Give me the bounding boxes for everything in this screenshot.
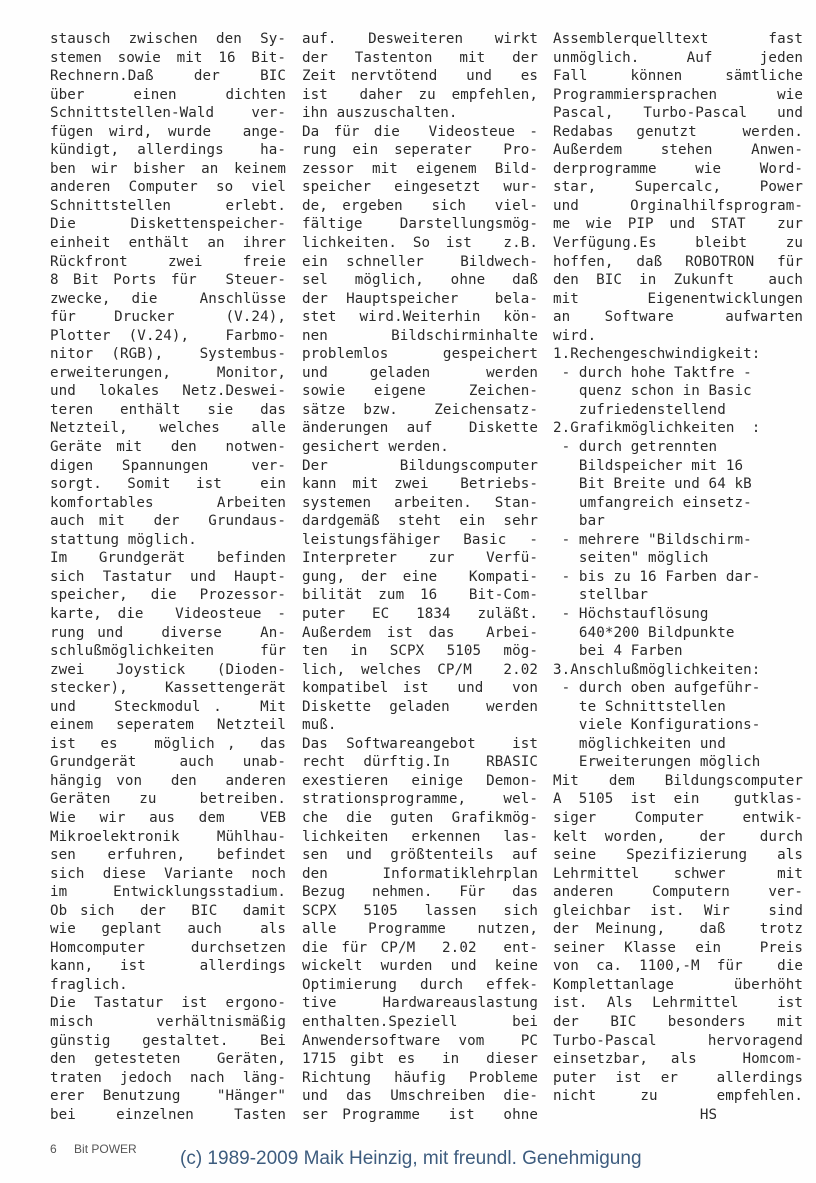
text-line: Geräte mit den notwen- xyxy=(50,438,286,457)
text-line: auch mit der Grundaus- xyxy=(50,512,286,531)
text-line: Verfügung.Es bleibt zu xyxy=(553,234,803,253)
text-line: Im Grundgerät befinden xyxy=(50,549,286,568)
text-line: der Meinung, daß trotz xyxy=(553,920,803,939)
text-line: Interpreter zur Verfü- xyxy=(302,549,538,568)
text-line: Geräten zu betreiben. xyxy=(50,790,286,809)
text-line: unmöglich. Auf jeden xyxy=(553,49,803,68)
text-line: Der Bildungscomputer xyxy=(302,457,538,476)
text-line: zufriedenstellend xyxy=(553,401,803,420)
text-line: 3.Anschlußmöglichkeiten: xyxy=(553,661,803,680)
text-line: Mit dem Bildungscomputer xyxy=(553,772,803,791)
text-line: ser Programme ist ohne xyxy=(302,1106,538,1125)
text-line: fraglich. xyxy=(50,976,286,995)
text-line: und das Umschreiben die- xyxy=(302,1087,538,1106)
text-line: misch verhältnismäßig xyxy=(50,1013,286,1032)
text-line: - bis zu 16 Farben dar- xyxy=(553,568,803,587)
text-line: recht dürftig.In RBASIC xyxy=(302,753,538,772)
text-line: derprogramme wie Word- xyxy=(553,160,803,179)
magazine-name: Bit POWER xyxy=(74,1142,137,1156)
text-line: an Software aufwarten xyxy=(553,308,803,327)
text-line: 640*200 Bildpunkte xyxy=(553,624,803,643)
text-line: ihn auszuschalten. xyxy=(302,104,538,123)
text-line: komfortables Arbeiten xyxy=(50,494,286,513)
text-line: Assemblerquelltext fast xyxy=(553,30,803,49)
text-line: einem seperatem Netzteil xyxy=(50,716,286,735)
text-line: seiner Klasse ein Preis xyxy=(553,939,803,958)
text-line: Fall können sämtliche xyxy=(553,67,803,86)
text-line: wie geplant auch als xyxy=(50,920,286,939)
text-line: einsetzbar, als Homcom- xyxy=(553,1050,803,1069)
text-line: puter ist er allerdings xyxy=(553,1069,803,1088)
text-line: speicher eingesetzt wur- xyxy=(302,178,538,197)
text-line: Außerdem ist das Arbei- xyxy=(302,624,538,643)
text-line: ist daher zu empfehlen, xyxy=(302,86,538,105)
text-line: leistungsfähiger Basic - xyxy=(302,531,538,550)
text-line: erweiterungen, Monitor, xyxy=(50,364,286,383)
text-line: SCPX 5105 lassen sich xyxy=(302,902,538,921)
text-line: sich Tastatur und Haupt- xyxy=(50,568,286,587)
text-line: 1715 gibt es in dieser xyxy=(302,1050,538,1069)
text-line: ten in SCPX 5105 mög- xyxy=(302,642,538,661)
text-line: enthalten.Speziell bei xyxy=(302,1013,538,1032)
text-line: lich, welches CP/M 2.02 xyxy=(302,661,538,680)
text-line: und geladen werden xyxy=(302,364,538,383)
text-line: karte, die Videosteue - xyxy=(50,605,286,624)
text-line: kündigt, allerdings ha- xyxy=(50,141,286,160)
text-line: lichkeiten. So ist z.B. xyxy=(302,234,538,253)
text-line: Bildspeicher mit 16 xyxy=(553,457,803,476)
text-line: seiten" möglich xyxy=(553,549,803,568)
text-line: mit Eigenentwicklungen xyxy=(553,290,803,309)
text-line: Netzteil, welches alle xyxy=(50,419,286,438)
text-line: wird. xyxy=(553,327,803,346)
text-line: puter EC 1834 zuläßt. xyxy=(302,605,538,624)
text-line: quenz schon in Basic xyxy=(553,382,803,401)
text-line: den getesteten Geräten, xyxy=(50,1050,286,1069)
text-line: exestieren einige Demon- xyxy=(302,772,538,791)
text-line: Pascal, Turbo-Pascal und xyxy=(553,104,803,123)
text-line: wickelt wurden und keine xyxy=(302,957,538,976)
text-line: Optimierung durch effek- xyxy=(302,976,538,995)
text-line: Anwendersoftware vom PC xyxy=(302,1032,538,1051)
text-line: Programmiersprachen wie xyxy=(553,86,803,105)
text-line: Homcomputer durchsetzen xyxy=(50,939,286,958)
text-line: rung ein seperater Pro- xyxy=(302,141,538,160)
text-line: stattung möglich. xyxy=(50,531,286,550)
text-line: stellbar xyxy=(553,586,803,605)
text-line: siger Computer entwik- xyxy=(553,809,803,828)
text-line: strationsprogramme, wel- xyxy=(302,790,538,809)
text-line: Richtung häufig Probleme xyxy=(302,1069,538,1088)
text-line: sen und größtenteils auf xyxy=(302,846,538,865)
text-line: me wie PIP und STAT zur xyxy=(553,215,803,234)
text-line: Die Tastatur ist ergono- xyxy=(50,994,286,1013)
text-line: im Entwicklungsstadium. xyxy=(50,883,286,902)
page-number: 6 xyxy=(50,1142,57,1156)
text-line: von ca. 1100,-M für die xyxy=(553,957,803,976)
text-line: fügen wird, wurde ange- xyxy=(50,123,286,142)
text-line: 1.Rechengeschwindigkeit: xyxy=(553,345,803,364)
text-line: systemen arbeiten. Stan- xyxy=(302,494,538,513)
text-line: gung, der eine Kompati- xyxy=(302,568,538,587)
text-line: den BIC in Zukunft auch xyxy=(553,271,803,290)
text-line: viele Konfigurations- xyxy=(553,716,803,735)
text-line: - durch oben aufgeführ- xyxy=(553,679,803,698)
text-line: für Drucker (V.24), xyxy=(50,308,286,327)
text-line: - durch hohe Taktfre - xyxy=(553,364,803,383)
text-line: und Steckmodul . Mit xyxy=(50,698,286,717)
text-line: zessor mit eigenem Bild- xyxy=(302,160,538,179)
copyright-notice: (c) 1989-2009 Maik Heinzig, mit freundl.… xyxy=(180,1148,642,1170)
text-line: zwei Joystick (Dioden- xyxy=(50,661,286,680)
text-line: ist. Als Lehrmittel ist xyxy=(553,994,803,1013)
page-footer: 6 Bit POWER xyxy=(50,1142,137,1156)
text-line: - mehrere "Bildschirm- xyxy=(553,531,803,550)
text-line: Bit Breite und 64 kB xyxy=(553,475,803,494)
text-line: - durch getrennten xyxy=(553,438,803,457)
text-line: Wie wir aus dem VEB xyxy=(50,809,286,828)
text-line: traten jedoch nach läng- xyxy=(50,1069,286,1088)
text-line: Außerdem stehen Anwen- xyxy=(553,141,803,160)
text-line: alle Programme nutzen, xyxy=(302,920,538,939)
text-line: digen Spannungen ver- xyxy=(50,457,286,476)
magazine-page: stausch zwischen den Sy-stemen sowie mit… xyxy=(0,0,816,1183)
article-column-2: auf. Desweiteren wirktder Tastenton mit … xyxy=(302,30,538,1124)
text-line: seine Spezifizierung als xyxy=(553,846,803,865)
article-column-1: stausch zwischen den Sy-stemen sowie mit… xyxy=(50,30,286,1124)
text-line: hoffen, daß ROBOTRON für xyxy=(553,253,803,272)
text-line: fältige Darstellungsmög- xyxy=(302,215,538,234)
text-line: Schnittstellen-Wald ver- xyxy=(50,104,286,123)
text-line: de, ergeben sich viel- xyxy=(302,197,538,216)
text-line: möglichkeiten und xyxy=(553,735,803,754)
text-line: ben wir bisher an keinem xyxy=(50,160,286,179)
text-line: ein schneller Bildwech- xyxy=(302,253,538,272)
text-line: der Tastenton mit der xyxy=(302,49,538,68)
text-line: muß. xyxy=(302,716,538,735)
text-line: sätze bzw. Zeichensatz- xyxy=(302,401,538,420)
text-line: Da für die Videosteue - xyxy=(302,123,538,142)
text-line: zwecke, die Anschlüsse xyxy=(50,290,286,309)
text-line: nicht zu empfehlen. xyxy=(553,1087,803,1106)
text-line: Das Softwareangebot ist xyxy=(302,735,538,754)
text-line: Erweiterungen möglich xyxy=(553,753,803,772)
text-line: stemen sowie mit 16 Bit- xyxy=(50,49,286,68)
text-line: Grundgerät auch unab- xyxy=(50,753,286,772)
text-line: kann, ist allerdings xyxy=(50,957,286,976)
text-line: Mikroelektronik Mühlhau- xyxy=(50,828,286,847)
text-line: Ob sich der BIC damit xyxy=(50,902,286,921)
text-line: nitor (RGB), Systembus- xyxy=(50,345,286,364)
text-line: der Hauptspeicher bela- xyxy=(302,290,538,309)
text-line: Lehrmittel schwer mit xyxy=(553,865,803,884)
text-line: anderen Computer so viel xyxy=(50,178,286,197)
text-line: schlußmöglichkeiten für xyxy=(50,642,286,661)
text-line: den Informatiklehrplan xyxy=(302,865,538,884)
text-line: Zeit nervtötend und es xyxy=(302,67,538,86)
text-line: Rückfront zwei freie xyxy=(50,253,286,272)
text-line: - Höchstauflösung xyxy=(553,605,803,624)
text-line: Plotter (V.24), Farbmo- xyxy=(50,327,286,346)
text-line: kelt worden, der durch xyxy=(553,828,803,847)
text-line: Komplettanlage überhöht xyxy=(553,976,803,995)
text-line: änderungen auf Diskette xyxy=(302,419,538,438)
text-line: rung und diverse An- xyxy=(50,624,286,643)
text-line: und Orginalhilfsprogram- xyxy=(553,197,803,216)
text-line: nen Bildschirminhalte xyxy=(302,327,538,346)
text-line: bar xyxy=(553,512,803,531)
text-line: bei einzelnen Tasten xyxy=(50,1106,286,1125)
text-line: anderen Computern ver- xyxy=(553,883,803,902)
text-line: star, Supercalc, Power xyxy=(553,178,803,197)
text-line: tive Hardwareauslastung xyxy=(302,994,538,1013)
article-column-3: Assemblerquelltext fastunmöglich. Auf je… xyxy=(553,30,803,1124)
text-line: Redabas genutzt werden. xyxy=(553,123,803,142)
text-line: auf. Desweiteren wirkt xyxy=(302,30,538,49)
text-line: teren enthält sie das xyxy=(50,401,286,420)
text-line: speicher, die Prozessor- xyxy=(50,586,286,605)
text-line: bilität zum 16 Bit-Com- xyxy=(302,586,538,605)
text-line: stausch zwischen den Sy- xyxy=(50,30,286,49)
text-line: sorgt. Somit ist ein xyxy=(50,475,286,494)
text-line: Turbo-Pascal hervoragend xyxy=(553,1032,803,1051)
text-line: kompatibel ist und von xyxy=(302,679,538,698)
text-line: HS xyxy=(553,1106,803,1125)
text-line: gleichbar ist. Wir sind xyxy=(553,902,803,921)
text-line: Schnittstellen erlebt. xyxy=(50,197,286,216)
text-line: über einen dichten xyxy=(50,86,286,105)
text-line: Die Diskettenspeicher- xyxy=(50,215,286,234)
text-line: sich diese Variante noch xyxy=(50,865,286,884)
text-line: Rechnern.Daß der BIC xyxy=(50,67,286,86)
text-line: Diskette geladen werden xyxy=(302,698,538,717)
text-line: bei 4 Farben xyxy=(553,642,803,661)
text-line: sen erfuhren, befindet xyxy=(50,846,286,865)
text-line: einheit enthält an ihrer xyxy=(50,234,286,253)
text-line: che die guten Grafikmög- xyxy=(302,809,538,828)
text-line: lichkeiten erkennen las- xyxy=(302,828,538,847)
text-line: und lokales Netz.Deswei- xyxy=(50,382,286,401)
text-line: gesichert werden. xyxy=(302,438,538,457)
text-line: dardgemäß steht ein sehr xyxy=(302,512,538,531)
text-line: ist es möglich , das xyxy=(50,735,286,754)
text-line: te Schnittstellen xyxy=(553,698,803,717)
text-line: der BIC besonders mit xyxy=(553,1013,803,1032)
text-line: sel möglich, ohne daß xyxy=(302,271,538,290)
text-line: stet wird.Weiterhin kön- xyxy=(302,308,538,327)
text-line: kann mit zwei Betriebs- xyxy=(302,475,538,494)
text-line: 8 Bit Ports für Steuer- xyxy=(50,271,286,290)
text-line: A 5105 ist ein gutklas- xyxy=(553,790,803,809)
text-line: stecker), Kassettengerät xyxy=(50,679,286,698)
text-line: 2.Grafikmöglichkeiten : xyxy=(553,419,803,438)
text-line: erer Benutzung "Hänger" xyxy=(50,1087,286,1106)
text-line: umfangreich einsetz- xyxy=(553,494,803,513)
text-line: problemlos gespeichert xyxy=(302,345,538,364)
text-line: sowie eigene Zeichen- xyxy=(302,382,538,401)
text-line: die für CP/M 2.02 ent- xyxy=(302,939,538,958)
text-line: Bezug nehmen. Für das xyxy=(302,883,538,902)
text-line: günstig gestaltet. Bei xyxy=(50,1032,286,1051)
text-line: hängig von den anderen xyxy=(50,772,286,791)
